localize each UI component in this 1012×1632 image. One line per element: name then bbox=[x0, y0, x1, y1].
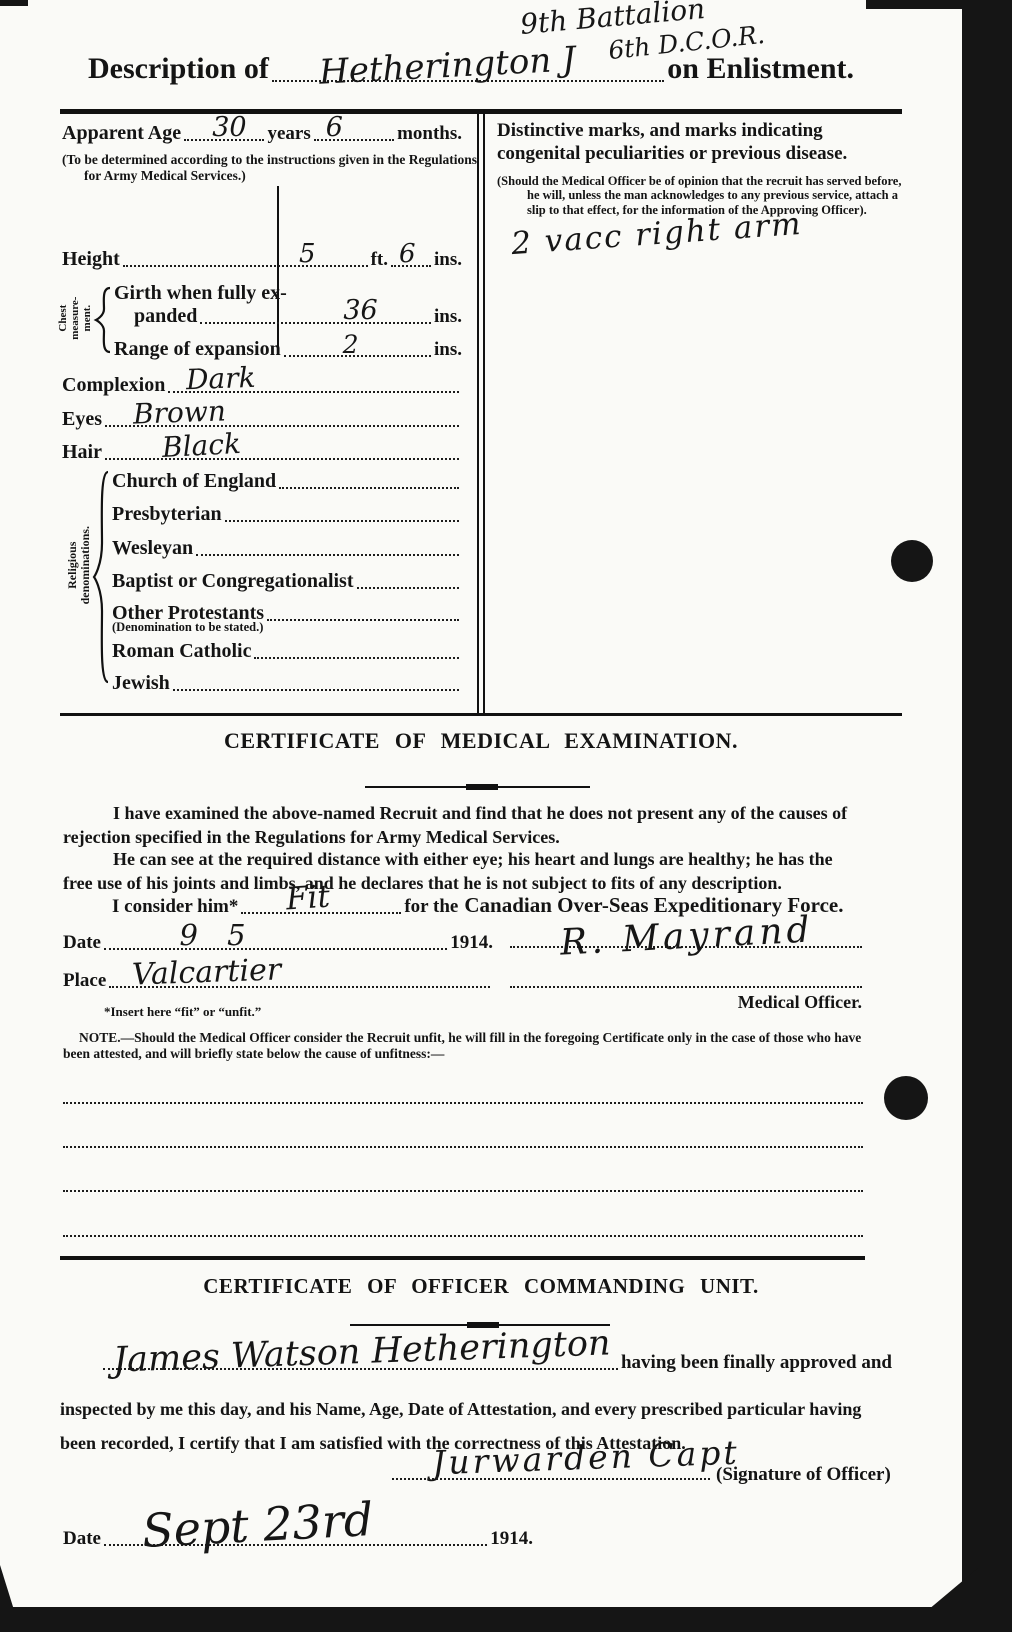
medical-paragraph-1: I have examined the above-named Recruit … bbox=[63, 802, 863, 850]
hair-label: Hair bbox=[62, 441, 102, 464]
page-title: Description of Hetherington J on Enlistm… bbox=[88, 52, 854, 86]
religion-label: Jewish bbox=[112, 672, 170, 695]
ft-unit: ft. bbox=[371, 249, 388, 271]
distinctive-marks-note: (Should the Medical Officer be of opinio… bbox=[497, 174, 909, 218]
religion-row: Church of England bbox=[112, 470, 462, 493]
medical-officer-role: Medical Officer. bbox=[700, 992, 862, 1013]
range-value: 2 bbox=[343, 330, 359, 359]
date-label: Date bbox=[63, 932, 101, 954]
punch-hole bbox=[891, 540, 933, 582]
religion-row: Roman Catholic bbox=[112, 640, 462, 663]
religion-label: Roman Catholic bbox=[112, 640, 251, 663]
range-label: Range of expansion bbox=[114, 338, 281, 361]
field-height: Height 5 ft. 6 ins. bbox=[62, 248, 462, 271]
header-rule bbox=[60, 109, 902, 114]
scan-border-right bbox=[962, 0, 1012, 1632]
dotted-leader: Dark bbox=[168, 385, 459, 393]
girth-label-line2: panded bbox=[114, 305, 197, 328]
chest-brace-icon bbox=[92, 286, 112, 354]
religion-label: Wesleyan bbox=[112, 537, 193, 560]
distinctive-marks-heading: Distinctive marks, and marks indicating … bbox=[497, 120, 895, 166]
scan-border-bottom bbox=[0, 1607, 1012, 1632]
dotted-leader bbox=[196, 548, 459, 556]
section-divider bbox=[365, 786, 590, 788]
months-unit: months. bbox=[397, 123, 462, 145]
title-prefix: Description of bbox=[88, 52, 269, 86]
dotted-leader: Fit bbox=[241, 906, 401, 914]
eyes-label: Eyes bbox=[62, 408, 102, 431]
blank-line bbox=[63, 1215, 863, 1237]
religion-label: Presbyterian bbox=[112, 503, 222, 526]
scan-border-top-left bbox=[0, 0, 28, 6]
years-unit: years bbox=[267, 123, 310, 145]
dotted-leader: Valcartier bbox=[109, 980, 490, 988]
medical-date-field: Date 9 5 1914. bbox=[63, 932, 493, 954]
date-year: 1914. bbox=[450, 932, 493, 954]
dotted-leader bbox=[173, 683, 459, 691]
hair-value: Black bbox=[161, 427, 241, 464]
dotted-leader bbox=[225, 514, 459, 522]
scan-corner-bottom-left bbox=[0, 1565, 14, 1610]
range-unit: ins. bbox=[434, 339, 462, 361]
officer-date-field: Date Sept 23rd 1914. bbox=[63, 1528, 533, 1550]
fitness-value: Fit bbox=[285, 879, 331, 918]
distinctive-marks-column: Distinctive marks, and marks indicating … bbox=[497, 120, 895, 218]
religion-row: Wesleyan bbox=[112, 537, 462, 560]
dotted-leader: Sept 23rd bbox=[104, 1538, 487, 1546]
religion-label: Church of England bbox=[112, 470, 276, 493]
age-years-value: 30 bbox=[212, 112, 246, 143]
dotted-leader bbox=[279, 481, 459, 489]
officer-section-rule bbox=[60, 1256, 865, 1260]
dotted-leader: Brown bbox=[105, 419, 459, 427]
dotted-leader: 5 bbox=[123, 259, 368, 267]
ins-unit: ins. bbox=[434, 249, 462, 271]
complexion-value: Dark bbox=[185, 361, 256, 396]
dotted-leader bbox=[357, 581, 460, 589]
medical-date-value: 9 5 bbox=[180, 918, 256, 952]
girth-unit: ins. bbox=[434, 306, 462, 328]
religion-row: Jewish bbox=[112, 672, 462, 695]
consider-mid: for the bbox=[404, 896, 458, 918]
officer-body-1: having been finally approved and bbox=[621, 1352, 892, 1374]
officer-name-line: James Watson Hetherington having been fi… bbox=[100, 1352, 892, 1374]
fit-footnote: *Insert here “fit” or “unfit.” bbox=[104, 1004, 261, 1020]
recruit-name-handwritten: Hetherington J bbox=[318, 39, 576, 92]
officer-date-year: 1914. bbox=[490, 1528, 533, 1550]
column-divider bbox=[483, 114, 485, 716]
age-months-value: 6 bbox=[326, 112, 343, 143]
dotted-leader bbox=[267, 613, 459, 621]
dotted-leader: 2 bbox=[284, 349, 431, 357]
blank-line bbox=[63, 1082, 863, 1104]
blank-line bbox=[63, 1170, 863, 1192]
officer-name-handwritten: James Watson Hetherington bbox=[113, 1323, 612, 1380]
consider-prefix: I consider him* bbox=[112, 896, 238, 918]
unfitness-note: NOTE.—Should the Medical Officer conside… bbox=[63, 1030, 875, 1062]
religion-other-note: (Denomination to be stated.) bbox=[112, 620, 263, 635]
medical-place-field: Place Valcartier bbox=[63, 970, 493, 992]
field-apparent-age: Apparent Age 30 years 6 months. bbox=[62, 122, 462, 145]
medical-certificate-title: CERTIFICATE OF MEDICAL EXAMINATION. bbox=[60, 728, 902, 754]
dotted-leader: James Watson Hetherington bbox=[103, 1362, 618, 1370]
apparent-age-label: Apparent Age bbox=[62, 122, 181, 145]
field-girth: Girth when fully ex- panded 36 ins. bbox=[114, 282, 462, 328]
officer-signature-label: (Signature of Officer) bbox=[716, 1464, 891, 1486]
height-label: Height bbox=[62, 248, 120, 271]
officer-date-value: Sept 23rd bbox=[141, 1492, 375, 1558]
officer-signature-line bbox=[392, 1458, 710, 1480]
medical-paragraph-2: He can see at the required distance with… bbox=[63, 848, 865, 896]
religion-label: Baptist or Congregationalist bbox=[112, 570, 354, 593]
apparent-age-note: (To be determined according to the instr… bbox=[62, 152, 484, 184]
scan-corner-bottom-right bbox=[928, 1568, 978, 1610]
dotted-leader: 6 bbox=[391, 259, 431, 267]
officer-body-2: inspected by me this day, and his Name, … bbox=[60, 1398, 910, 1422]
eyes-value: Brown bbox=[133, 394, 227, 430]
attestation-form-scan: 9th Battalion 6th D.C.O.R. Description o… bbox=[0, 0, 1012, 1632]
officer-date-label: Date bbox=[63, 1528, 101, 1550]
mo-signature-line-2 bbox=[510, 968, 862, 988]
dotted-leader: Black bbox=[105, 452, 459, 460]
field-eyes: Eyes Brown bbox=[62, 408, 462, 431]
place-label: Place bbox=[63, 970, 106, 992]
field-complexion: Complexion Dark bbox=[62, 374, 462, 397]
field-hair: Hair Black bbox=[62, 441, 462, 464]
punch-hole bbox=[884, 1076, 928, 1120]
blank-line bbox=[63, 1126, 863, 1148]
dotted-leader: 6 bbox=[314, 133, 394, 141]
dotted-leader: 36 bbox=[200, 316, 431, 324]
officer-certificate-title: CERTIFICATE OF OFFICER COMMANDING UNIT. bbox=[60, 1274, 902, 1299]
description-left-column: Apparent Age 30 years 6 months. (To be d… bbox=[62, 122, 464, 714]
height-ins-value: 6 bbox=[399, 239, 416, 269]
girth-label-line1: Girth when fully ex- bbox=[114, 282, 462, 305]
dotted-leader: 9 5 bbox=[104, 942, 447, 950]
complexion-label: Complexion bbox=[62, 374, 165, 397]
name-dotted-leader: Hetherington J bbox=[272, 74, 664, 82]
title-suffix: on Enlistment. bbox=[667, 52, 854, 86]
field-range-expansion: Range of expansion 2 ins. bbox=[114, 338, 462, 361]
girth-value: 36 bbox=[343, 295, 377, 326]
dotted-leader: 30 bbox=[184, 133, 264, 141]
religion-brace-icon bbox=[90, 470, 110, 684]
dotted-leader bbox=[254, 651, 459, 659]
medical-place-value: Valcartier bbox=[132, 952, 282, 992]
scan-border-top-right bbox=[866, 0, 966, 9]
religion-row: Presbyterian bbox=[112, 503, 462, 526]
religion-row: Baptist or Congregationalist bbox=[112, 570, 462, 593]
religion-group-label: Religious denominations. bbox=[66, 500, 92, 630]
column-divider bbox=[477, 114, 479, 716]
height-ft-value: 5 bbox=[299, 239, 316, 269]
chest-measurement-group-label: Chest measure- ment. bbox=[57, 289, 93, 347]
